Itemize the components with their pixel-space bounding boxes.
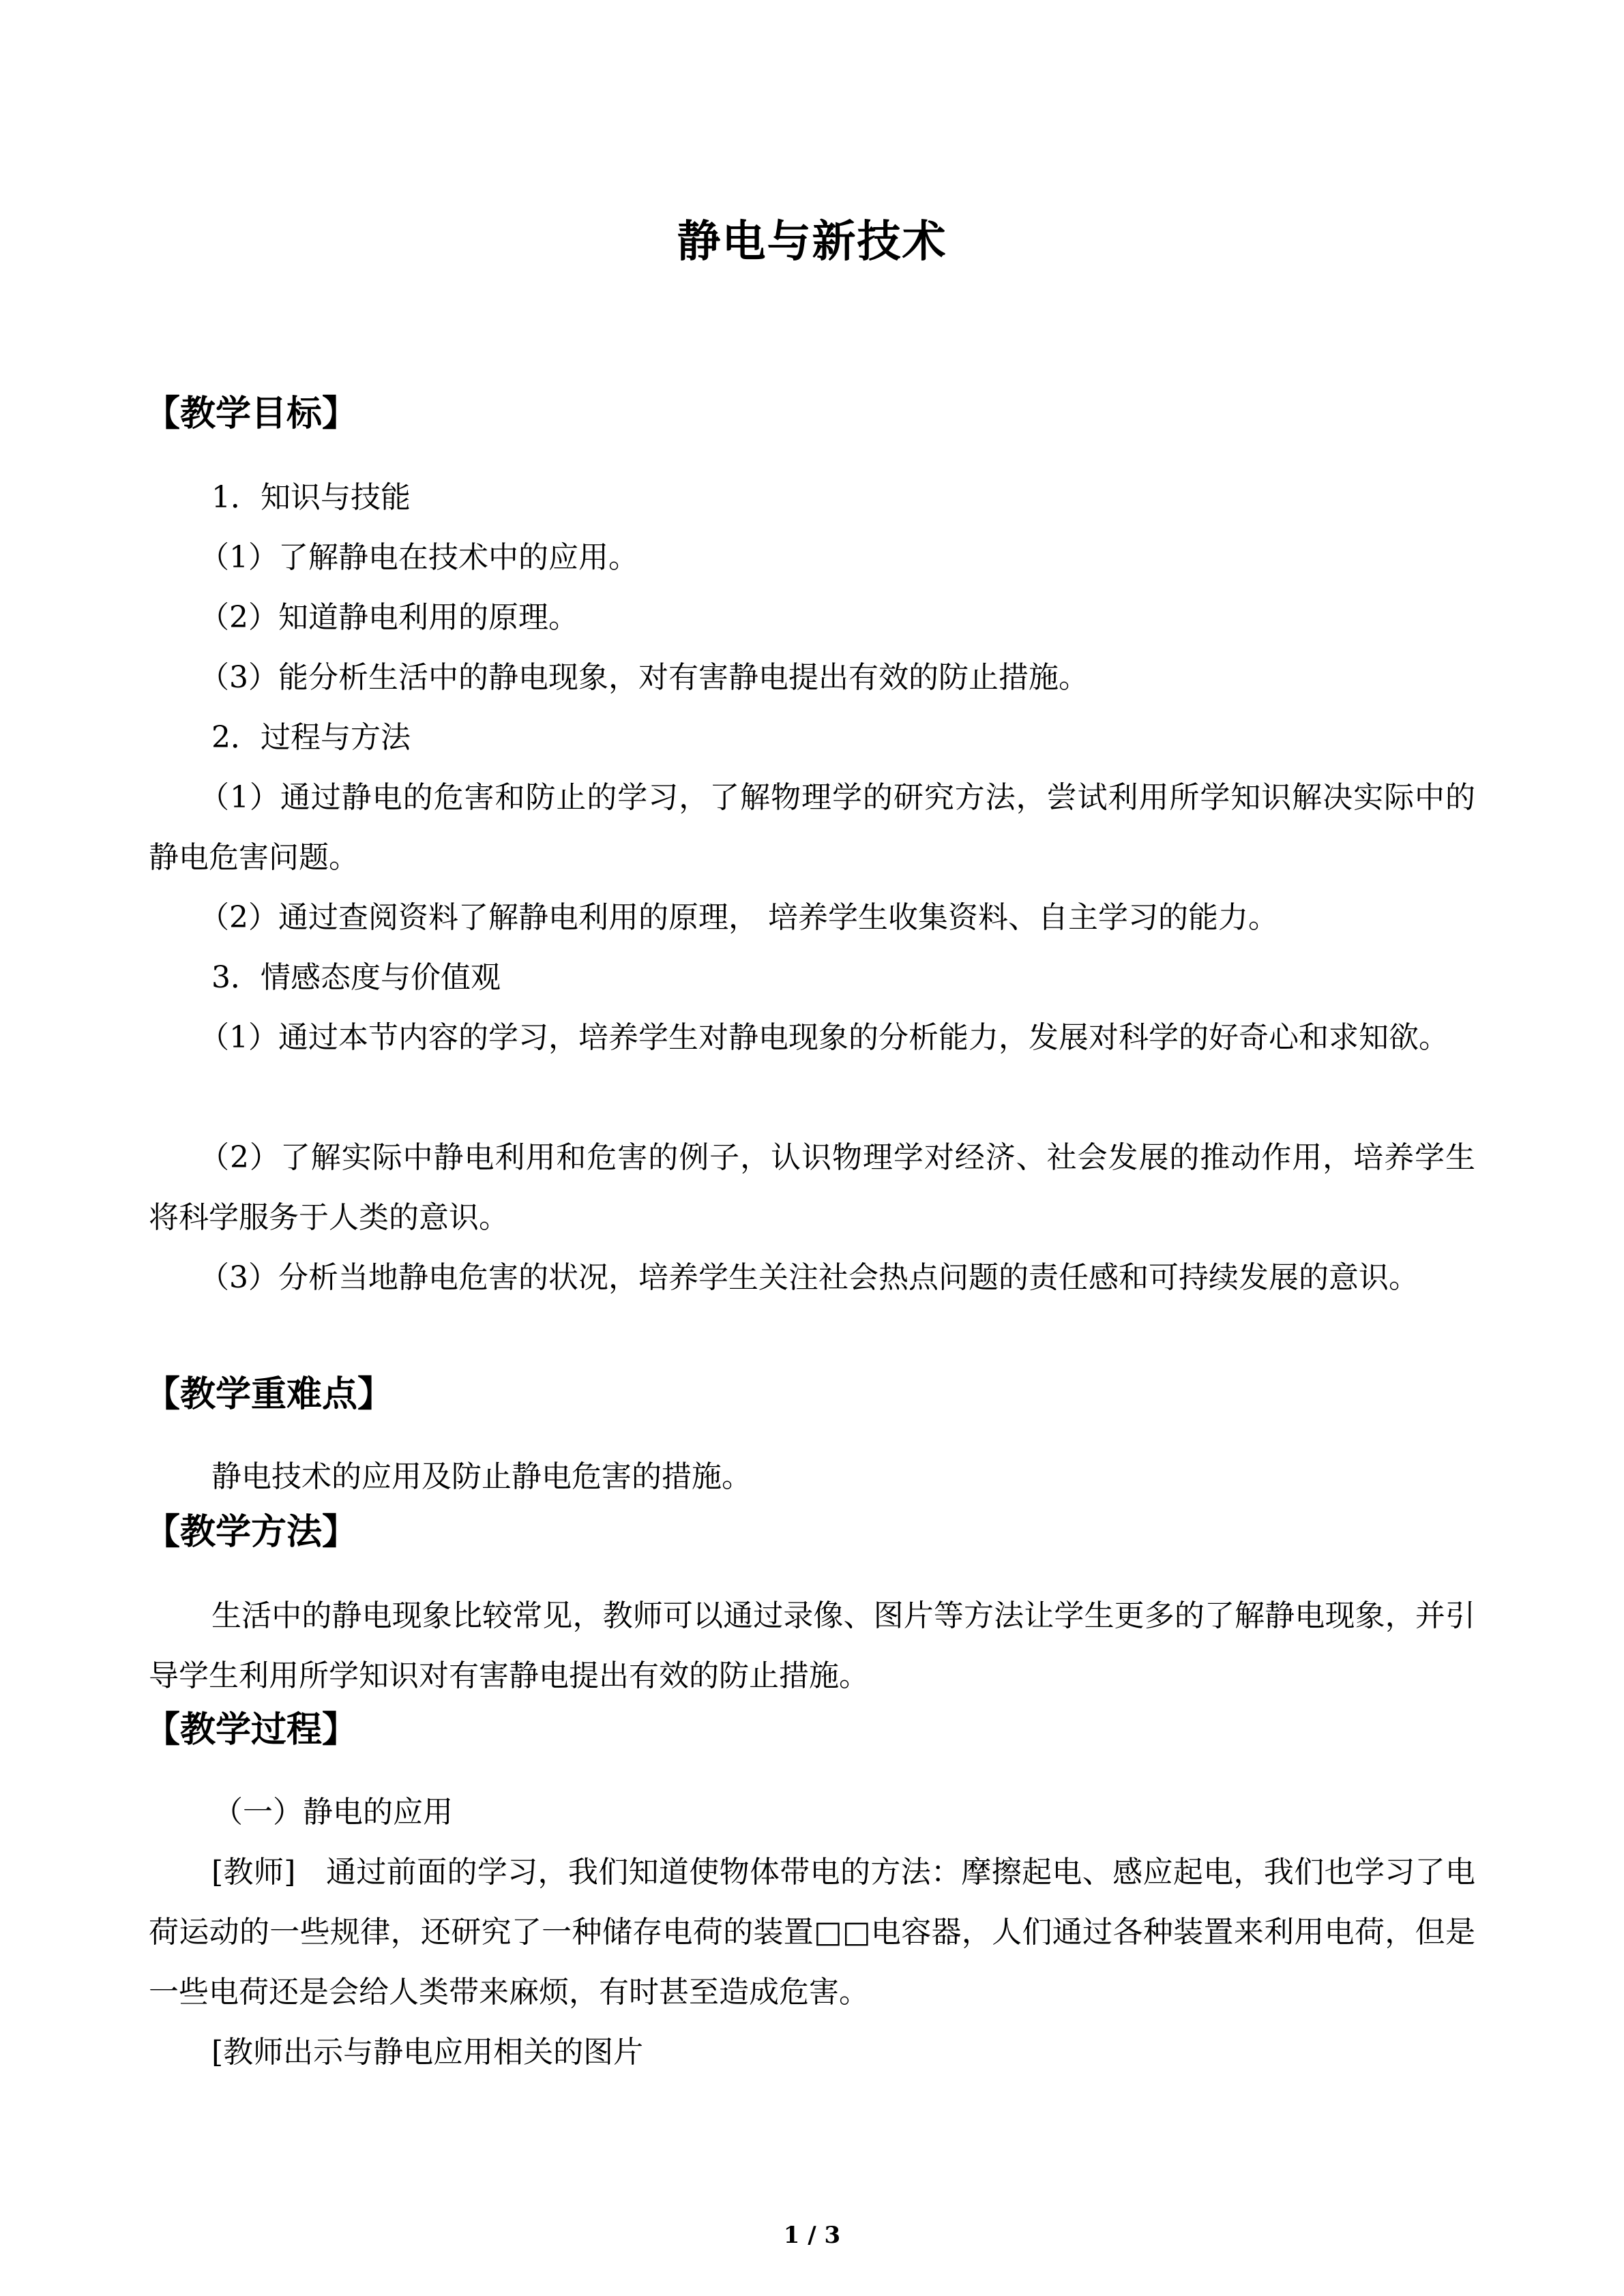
goal-subheading-attitude: 3．情感态度与价值观 xyxy=(149,948,1475,1008)
goal-item: （3）能分析生活中的静电现象，对有害静电提出有效的防止措施。 xyxy=(149,648,1475,708)
goal-item: （2）了解实际中静电利用和危害的例子，认识物理学对经济、社会发展的推动作用，培养… xyxy=(149,1128,1475,1248)
section-heading-key-points: 【教学重难点】 xyxy=(145,1371,393,1418)
goal-item: （1）通过静电的危害和防止的学习，了解物理学的研究方法，尝试利用所学知识解决实际… xyxy=(149,768,1475,888)
goal-item: （1）通过本节内容的学习，培养学生对静电现象的分析能力，发展对科学的好奇心和求知… xyxy=(149,1008,1475,1068)
section-heading-process: 【教学过程】 xyxy=(145,1706,357,1754)
goal-subheading-knowledge: 1．知识与技能 xyxy=(149,468,1475,528)
goal-item: （3）分析当地静电危害的状况，培养学生关注社会热点问题的责任感和可持续发展的意识… xyxy=(149,1248,1475,1308)
teacher-instruction: [教师出示与静电应用相关的图片 xyxy=(149,2023,1475,2083)
goal-item: （1）了解静电在技术中的应用。 xyxy=(149,528,1475,588)
document-title: 静电与新技术 xyxy=(0,213,1624,271)
document-page: 静电与新技术 【教学目标】 1．知识与技能 （1）了解静电在技术中的应用。 （2… xyxy=(0,0,1624,2296)
methods-text: 生活中的静电现象比较常见，教师可以通过录像、图片等方法让学生更多的了解静电现象，… xyxy=(149,1586,1475,1706)
page-number: 1 / 3 xyxy=(0,2222,1624,2249)
section-heading-methods: 【教学方法】 xyxy=(145,1508,357,1556)
goal-item: （2）知道静电利用的原理。 xyxy=(149,588,1475,648)
goal-item: （2）通过查阅资料了解静电利用的原理， 培养学生收集资料、自主学习的能力。 xyxy=(149,888,1475,948)
process-subheading-application: （一）静电的应用 xyxy=(149,1783,1475,1843)
goal-subheading-process: 2．过程与方法 xyxy=(149,708,1475,768)
teacher-paragraph: [教师] 通过前面的学习，我们知道使物体带电的方法：摩擦起电、感应起电，我们也学… xyxy=(149,1843,1475,2023)
section-heading-goals: 【教学目标】 xyxy=(145,390,357,438)
key-points-text: 静电技术的应用及防止静电危害的措施。 xyxy=(149,1447,1475,1507)
